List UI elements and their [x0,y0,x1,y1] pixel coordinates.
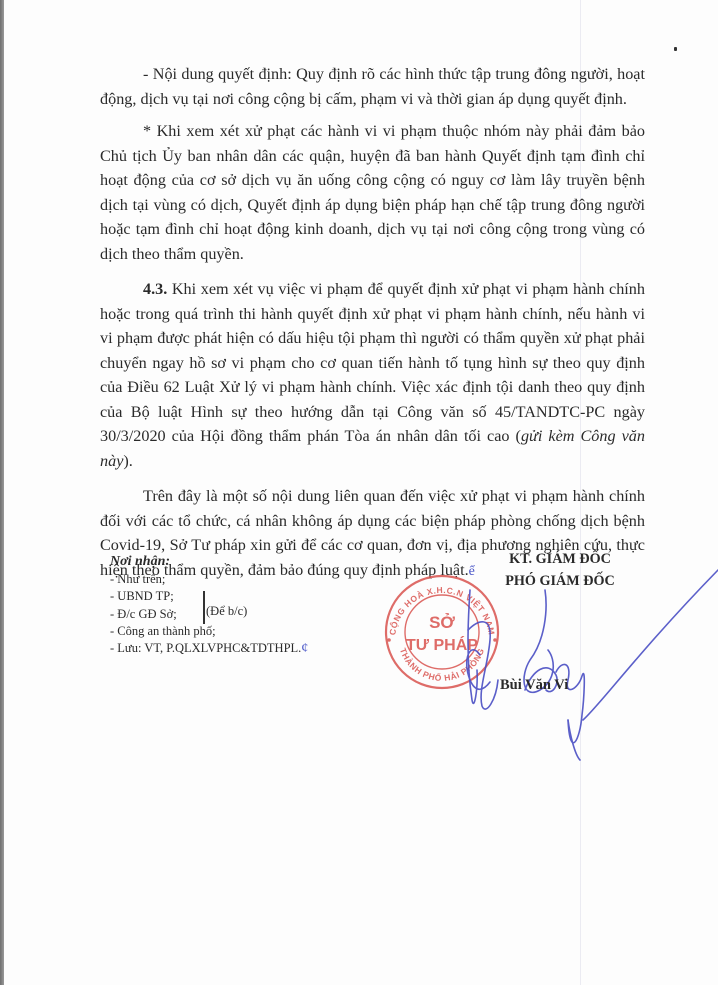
handwritten-signature [467,570,718,760]
signer-name: Bùi Văn Vi [500,677,568,694]
stamp-and-signature: CỘNG HOÀ X.H.C.N VIỆT NAM THÀNH PHỐ HẢI … [0,0,718,985]
svg-text:SỞ: SỞ [429,613,455,632]
official-stamp: CỘNG HOÀ X.H.C.N VIỆT NAM THÀNH PHỐ HẢI … [386,576,498,688]
